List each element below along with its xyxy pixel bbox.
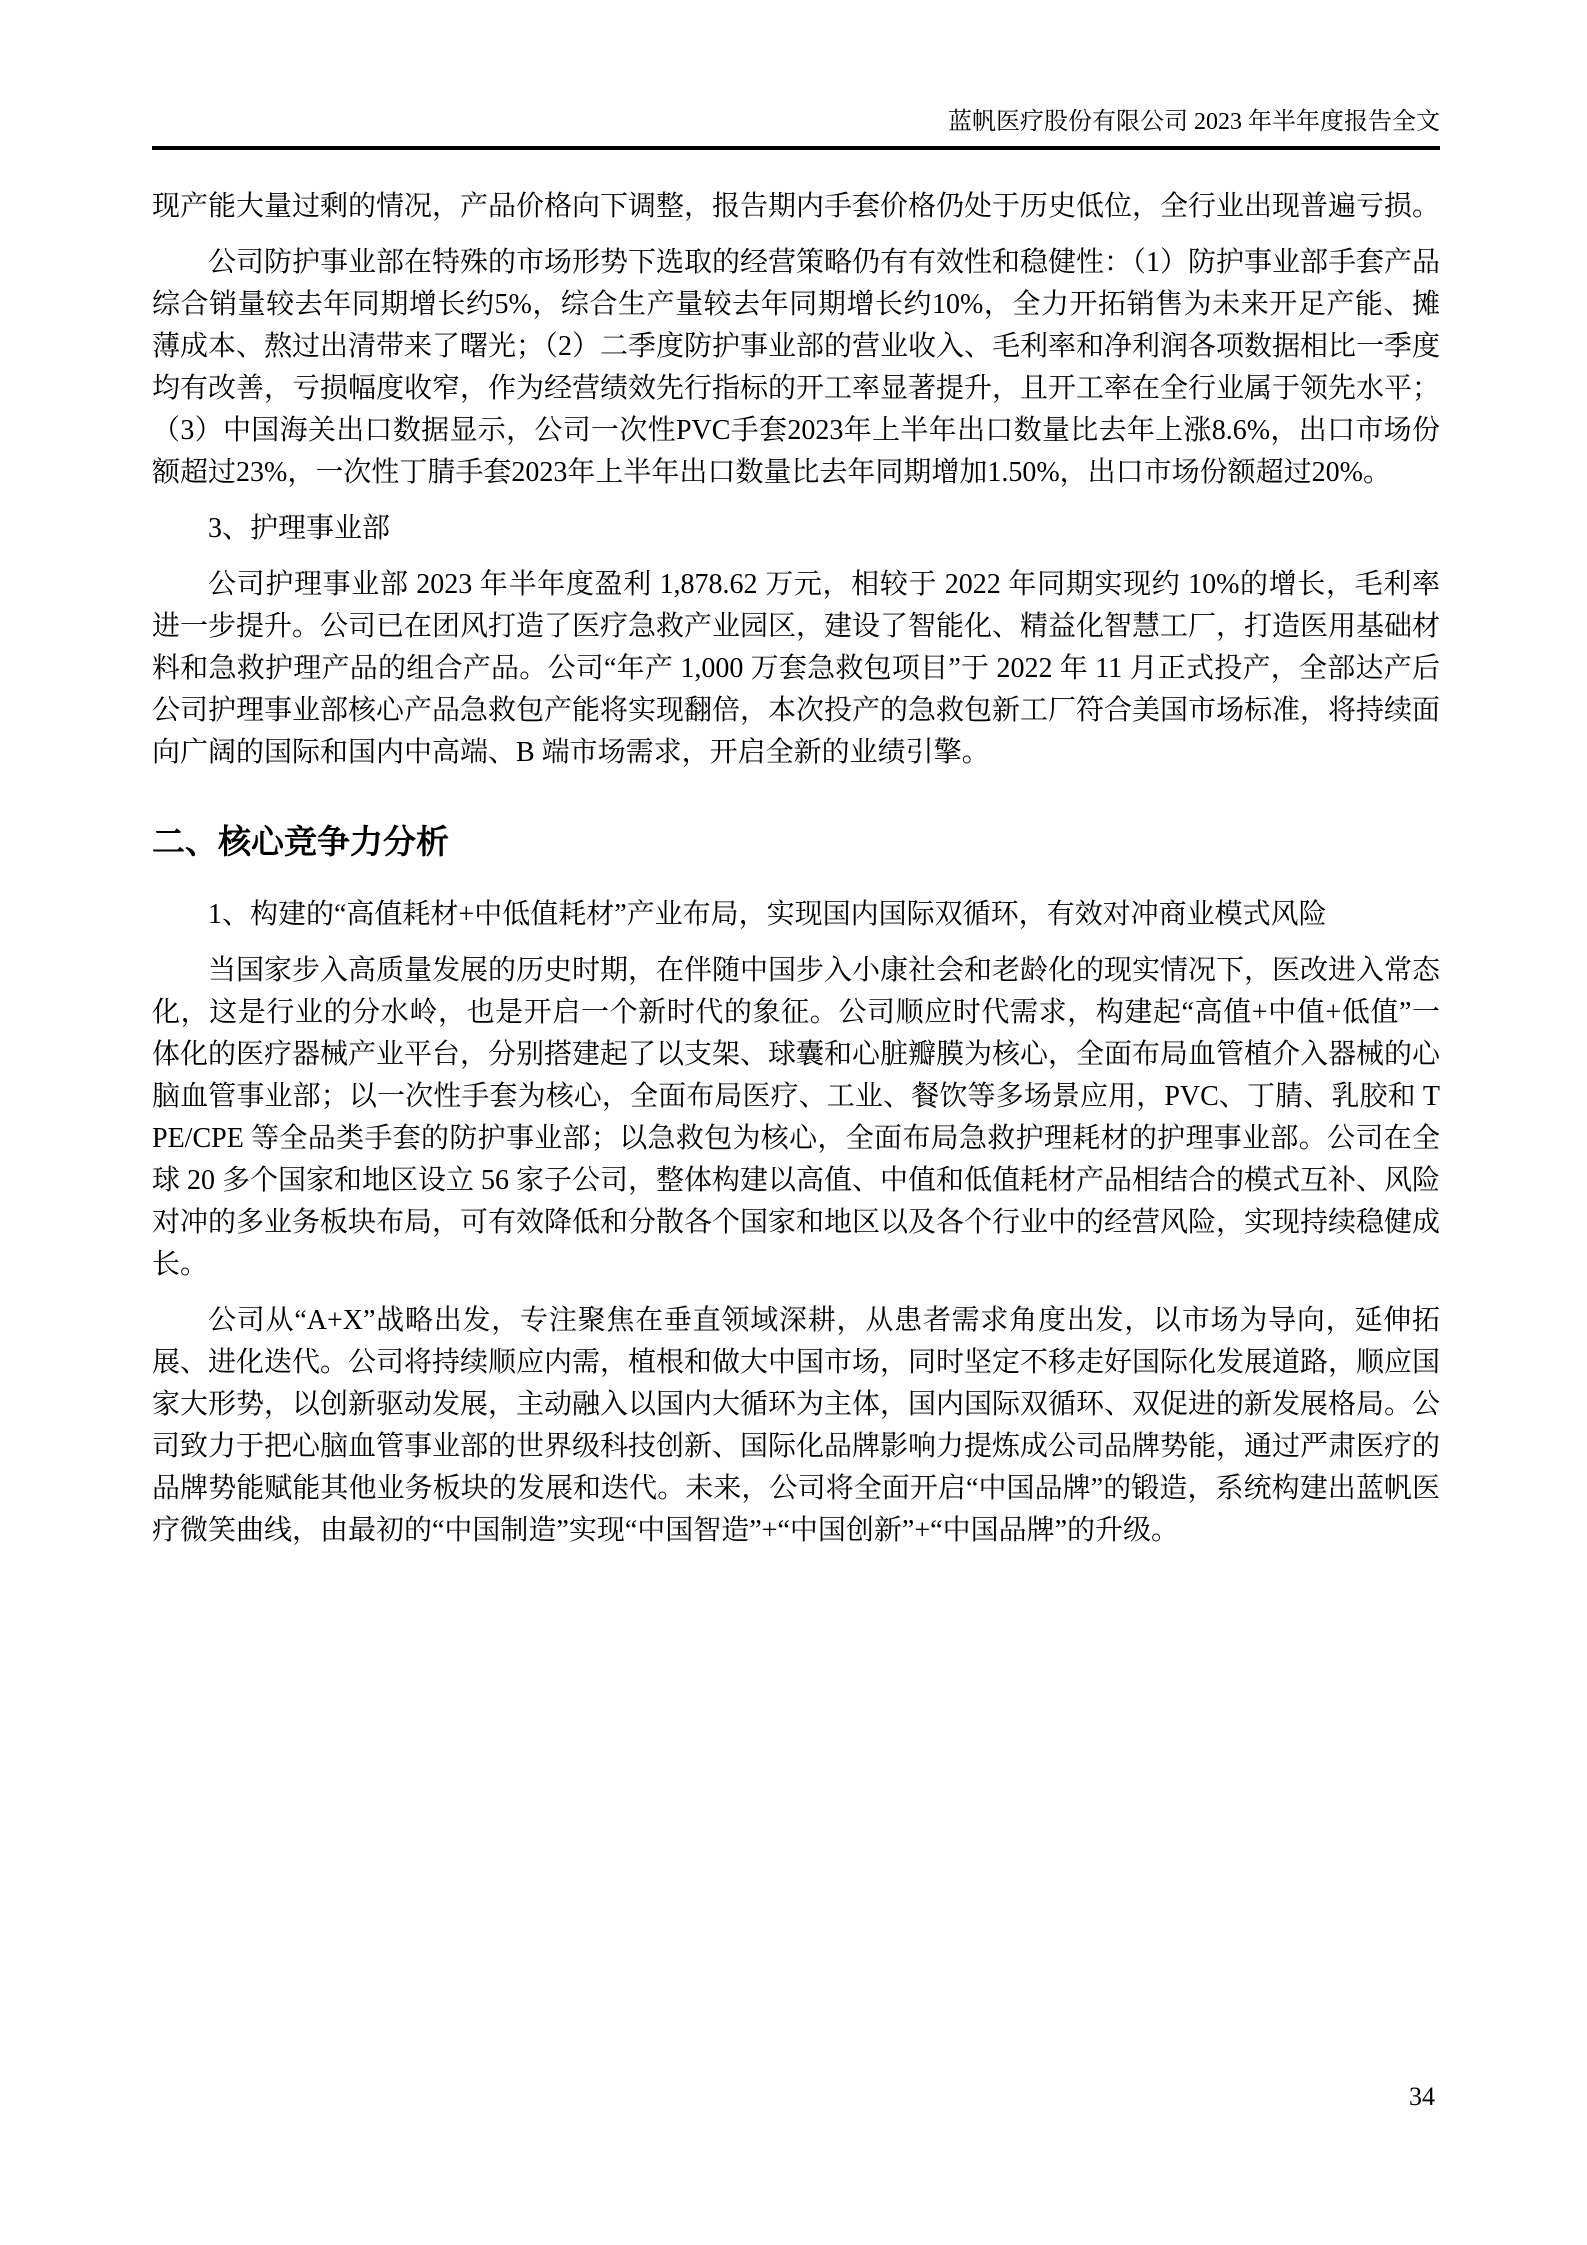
report-header-title: 蓝帆医疗股份有限公司 2023 年半年度报告全文 bbox=[152, 106, 1440, 138]
paragraph-gloves-industry: 现产能大量过剩的情况，产品价格向下调整，报告期内手套价格仍处于历史低位，全行业出… bbox=[152, 186, 1440, 228]
paragraph-nursing-division: 公司护理事业部 2023 年半年度盈利 1,878.62 万元，相较于 2022… bbox=[152, 564, 1440, 774]
paragraph-dual-circulation: 当国家步入高质量发展的历史时期，在伴随中国步入小康社会和老龄化的现实情况下，医改… bbox=[152, 950, 1440, 1286]
heading-industry-layout: 1、构建的“高值耗材+中低值耗材”产业布局，实现国内国际双循环，有效对冲商业模式… bbox=[152, 894, 1440, 936]
page-number: 34 bbox=[1409, 2082, 1435, 2112]
page-header: 蓝帆医疗股份有限公司 2023 年半年度报告全文 bbox=[152, 0, 1440, 150]
report-body: 现产能大量过剩的情况，产品价格向下调整，报告期内手套价格仍处于历史低位，全行业出… bbox=[152, 150, 1440, 1552]
paragraph-a-plus-x-strategy: 公司从“A+X”战略出发，专注聚焦在垂直领域深耕，从患者需求角度出发，以市场为导… bbox=[152, 1300, 1440, 1552]
heading-nursing-division: 3、护理事业部 bbox=[152, 508, 1440, 550]
heading-core-competitiveness: 二、核心竞争力分析 bbox=[152, 820, 1440, 866]
report-page: 蓝帆医疗股份有限公司 2023 年半年度报告全文 现产能大量过剩的情况，产品价格… bbox=[0, 0, 1587, 2245]
paragraph-protection-division: 公司防护事业部在特殊的市场形势下选取的经营策略仍有有效性和稳健性：（1）防护事业… bbox=[152, 242, 1440, 494]
